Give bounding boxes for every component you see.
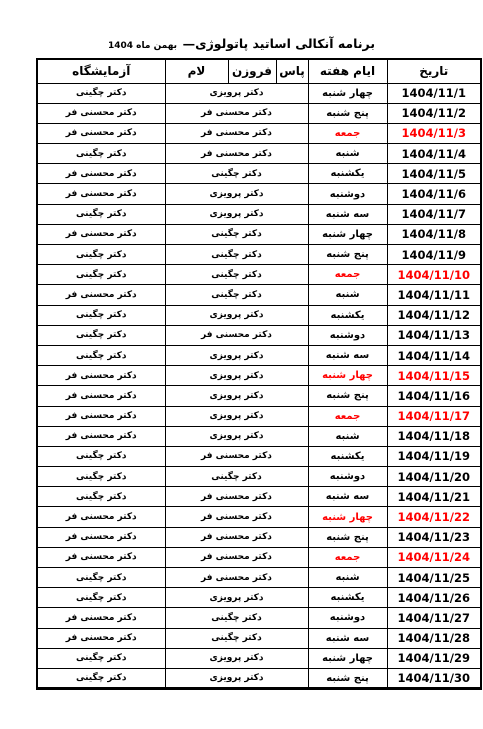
date-cell: 1404/11/19 bbox=[387, 446, 481, 466]
lab-doctor-cell: دکتر محسنی فر bbox=[37, 608, 165, 628]
column-header-slide: لام bbox=[165, 59, 228, 83]
lab-doctor-cell: دکتر چگینی bbox=[37, 668, 165, 688]
oncall-doctor-cell: دکتر پرویزی bbox=[165, 668, 308, 688]
table-row: 1404/11/18 شنبه دکتر پرویزی دکتر محسنی ف… bbox=[37, 426, 481, 446]
table-row: 1404/11/29 چهار شنبه دکتر پرویزی دکتر چگ… bbox=[37, 648, 481, 668]
table-row: 1404/11/21 سه شنبه دکتر محسنی فر دکتر چگ… bbox=[37, 487, 481, 507]
header-row: تاریخ ایام هفته پاس فروزن لام آزمایشگاه bbox=[37, 59, 481, 83]
weekday-cell: چهار شنبه bbox=[308, 366, 387, 386]
table-row: 1404/11/11 شنبه دکتر چگینی دکتر محسنی فر bbox=[37, 285, 481, 305]
oncall-doctor-cell: دکتر محسنی فر bbox=[165, 446, 308, 466]
table-row: 1404/11/3 جمعه دکتر محسنی فر دکتر محسنی … bbox=[37, 123, 481, 143]
oncall-doctor-cell: دکتر پرویزی bbox=[165, 204, 308, 224]
date-cell: 1404/11/10 bbox=[387, 265, 481, 285]
date-cell: 1404/11/20 bbox=[387, 467, 481, 487]
lab-doctor-cell: دکتر چگینی bbox=[37, 345, 165, 365]
page-title: برنامه آنکالی اساتید پاتولوژی— بهمن ماه … bbox=[0, 33, 483, 52]
date-cell: 1404/11/26 bbox=[387, 588, 481, 608]
lab-doctor-cell: دکتر محسنی فر bbox=[37, 547, 165, 567]
date-cell: 1404/11/12 bbox=[387, 305, 481, 325]
table-row: 1404/11/15 چهار شنبه دکتر پرویزی دکتر مح… bbox=[37, 366, 481, 386]
date-cell: 1404/11/8 bbox=[387, 224, 481, 244]
lab-doctor-cell: دکتر محسنی فر bbox=[37, 406, 165, 426]
weekday-cell: چهار شنبه bbox=[308, 507, 387, 527]
weekday-cell: جمعه bbox=[308, 406, 387, 426]
table-row: 1404/11/8 چهار شنبه دکتر چگینی دکتر محسن… bbox=[37, 224, 481, 244]
table-row: 1404/11/4 شنبه دکتر محسنی فر دکتر چگینی bbox=[37, 144, 481, 164]
lab-doctor-cell: دکتر چگینی bbox=[37, 325, 165, 345]
oncall-doctor-cell: دکتر محسنی فر bbox=[165, 487, 308, 507]
date-cell: 1404/11/27 bbox=[387, 608, 481, 628]
lab-doctor-cell: دکتر چگینی bbox=[37, 648, 165, 668]
date-cell: 1404/11/2 bbox=[387, 103, 481, 123]
column-header-date: تاریخ bbox=[387, 59, 481, 83]
date-cell: 1404/11/21 bbox=[387, 487, 481, 507]
date-cell: 1404/11/30 bbox=[387, 668, 481, 688]
table-row: 1404/11/27 دوشنبه دکتر چگینی دکتر محسنی … bbox=[37, 608, 481, 628]
oncall-doctor-cell: دکتر چگینی bbox=[165, 608, 308, 628]
weekday-cell: شنبه bbox=[308, 144, 387, 164]
weekday-cell: یکشنبه bbox=[308, 446, 387, 466]
weekday-cell: سه شنبه bbox=[308, 628, 387, 648]
column-header-pass: پاس bbox=[276, 59, 308, 83]
weekday-cell: چهار شنبه bbox=[308, 648, 387, 668]
date-cell: 1404/11/9 bbox=[387, 245, 481, 265]
table-row: 1404/11/13 دوشنبه دکتر محسنی فر دکتر چگی… bbox=[37, 325, 481, 345]
weekday-cell: یکشنبه bbox=[308, 164, 387, 184]
document-page: برنامه آنکالی اساتید پاتولوژی— بهمن ماه … bbox=[0, 0, 483, 729]
oncall-schedule-table: تاریخ ایام هفته پاس فروزن لام آزمایشگاه … bbox=[36, 58, 482, 690]
lab-doctor-cell: دکتر چگینی bbox=[37, 588, 165, 608]
table-row: 1404/11/24 جمعه دکتر محسنی فر دکتر محسنی… bbox=[37, 547, 481, 567]
page-title-month: بهمن ماه 1404 bbox=[108, 41, 177, 51]
oncall-doctor-cell: دکتر پرویزی bbox=[165, 366, 308, 386]
lab-doctor-cell: دکتر محسنی فر bbox=[37, 164, 165, 184]
weekday-cell: جمعه bbox=[308, 123, 387, 143]
table-row: 1404/11/17 جمعه دکتر پرویزی دکتر محسنی ف… bbox=[37, 406, 481, 426]
date-cell: 1404/11/14 bbox=[387, 345, 481, 365]
table-row: 1404/11/20 دوشنبه دکتر چگینی دکتر چگینی bbox=[37, 467, 481, 487]
lab-doctor-cell: دکتر چگینی bbox=[37, 245, 165, 265]
date-cell: 1404/11/13 bbox=[387, 325, 481, 345]
lab-doctor-cell: دکتر چگینی bbox=[37, 446, 165, 466]
date-cell: 1404/11/15 bbox=[387, 366, 481, 386]
weekday-cell: سه شنبه bbox=[308, 204, 387, 224]
lab-doctor-cell: دکتر محسنی فر bbox=[37, 386, 165, 406]
column-header-frozen: فروزن bbox=[228, 59, 276, 83]
weekday-cell: چهار شنبه bbox=[308, 83, 387, 103]
lab-doctor-cell: دکتر محسنی فر bbox=[37, 184, 165, 204]
date-cell: 1404/11/7 bbox=[387, 204, 481, 224]
weekday-cell: سه شنبه bbox=[308, 487, 387, 507]
oncall-doctor-cell: دکتر محسنی فر bbox=[165, 568, 308, 588]
column-header-weekday: ایام هفته bbox=[308, 59, 387, 83]
date-cell: 1404/11/24 bbox=[387, 547, 481, 567]
oncall-doctor-cell: دکتر پرویزی bbox=[165, 184, 308, 204]
page-title-main: برنامه آنکالی اساتید پاتولوژی— bbox=[183, 36, 375, 51]
lab-doctor-cell: دکتر چگینی bbox=[37, 305, 165, 325]
date-cell: 1404/11/25 bbox=[387, 568, 481, 588]
weekday-cell: دوشنبه bbox=[308, 467, 387, 487]
oncall-doctor-cell: دکتر چگینی bbox=[165, 224, 308, 244]
date-cell: 1404/11/17 bbox=[387, 406, 481, 426]
oncall-doctor-cell: دکتر پرویزی bbox=[165, 83, 308, 103]
lab-doctor-cell: دکتر محسنی فر bbox=[37, 123, 165, 143]
date-cell: 1404/11/4 bbox=[387, 144, 481, 164]
table-row: 1404/11/19 یکشنبه دکتر محسنی فر دکتر چگی… bbox=[37, 446, 481, 466]
table-row: 1404/11/10 جمعه دکتر چگینی دکتر چگینی bbox=[37, 265, 481, 285]
table-row: 1404/11/26 یکشنبه دکتر پرویزی دکتر چگینی bbox=[37, 588, 481, 608]
oncall-doctor-cell: دکتر محسنی فر bbox=[165, 123, 308, 143]
oncall-doctor-cell: دکتر پرویزی bbox=[165, 386, 308, 406]
oncall-doctor-cell: دکتر پرویزی bbox=[165, 406, 308, 426]
lab-doctor-cell: دکتر چگینی bbox=[37, 83, 165, 103]
oncall-doctor-cell: دکتر چگینی bbox=[165, 285, 308, 305]
weekday-cell: جمعه bbox=[308, 265, 387, 285]
table-row: 1404/11/5 یکشنبه دکتر چگینی دکتر محسنی ف… bbox=[37, 164, 481, 184]
oncall-doctor-cell: دکتر پرویزی bbox=[165, 588, 308, 608]
lab-doctor-cell: دکتر محسنی فر bbox=[37, 426, 165, 446]
table-row: 1404/11/30 پنج شنبه دکتر پرویزی دکتر چگی… bbox=[37, 668, 481, 688]
schedule-body: 1404/11/1 چهار شنبه دکتر پرویزی دکتر چگی… bbox=[37, 83, 481, 689]
oncall-doctor-cell: دکتر پرویزی bbox=[165, 426, 308, 446]
oncall-doctor-cell: دکتر چگینی bbox=[165, 628, 308, 648]
table-row: 1404/11/25 شنبه دکتر محسنی فر دکتر چگینی bbox=[37, 568, 481, 588]
oncall-doctor-cell: دکتر پرویزی bbox=[165, 305, 308, 325]
table-row: 1404/11/7 سه شنبه دکتر پرویزی دکتر چگینی bbox=[37, 204, 481, 224]
oncall-doctor-cell: دکتر محسنی فر bbox=[165, 103, 308, 123]
date-cell: 1404/11/22 bbox=[387, 507, 481, 527]
table-row: 1404/11/14 سه شنبه دکتر پرویزی دکتر چگین… bbox=[37, 345, 481, 365]
lab-doctor-cell: دکتر محسنی فر bbox=[37, 366, 165, 386]
oncall-doctor-cell: دکتر محسنی فر bbox=[165, 547, 308, 567]
table-row: 1404/11/1 چهار شنبه دکتر پرویزی دکتر چگی… bbox=[37, 83, 481, 103]
table-row: 1404/11/6 دوشنبه دکتر پرویزی دکتر محسنی … bbox=[37, 184, 481, 204]
column-header-lab: آزمایشگاه bbox=[37, 59, 165, 83]
weekday-cell: دوشنبه bbox=[308, 608, 387, 628]
weekday-cell: پنج شنبه bbox=[308, 103, 387, 123]
weekday-cell: پنج شنبه bbox=[308, 668, 387, 688]
weekday-cell: پنج شنبه bbox=[308, 527, 387, 547]
weekday-cell: یکشنبه bbox=[308, 588, 387, 608]
weekday-cell: یکشنبه bbox=[308, 305, 387, 325]
weekday-cell: شنبه bbox=[308, 285, 387, 305]
weekday-cell: چهار شنبه bbox=[308, 224, 387, 244]
date-cell: 1404/11/28 bbox=[387, 628, 481, 648]
weekday-cell: سه شنبه bbox=[308, 345, 387, 365]
date-cell: 1404/11/11 bbox=[387, 285, 481, 305]
date-cell: 1404/11/23 bbox=[387, 527, 481, 547]
oncall-doctor-cell: دکتر محسنی فر bbox=[165, 144, 308, 164]
oncall-doctor-cell: دکتر چگینی bbox=[165, 164, 308, 184]
date-cell: 1404/11/16 bbox=[387, 386, 481, 406]
table-row: 1404/11/23 پنج شنبه دکتر محسنی فر دکتر م… bbox=[37, 527, 481, 547]
table-row: 1404/11/12 یکشنبه دکتر پرویزی دکتر چگینی bbox=[37, 305, 481, 325]
date-cell: 1404/11/3 bbox=[387, 123, 481, 143]
lab-doctor-cell: دکتر چگینی bbox=[37, 204, 165, 224]
date-cell: 1404/11/29 bbox=[387, 648, 481, 668]
lab-doctor-cell: دکتر چگینی bbox=[37, 467, 165, 487]
table-row: 1404/11/22 چهار شنبه دکتر محسنی فر دکتر … bbox=[37, 507, 481, 527]
lab-doctor-cell: دکتر چگینی bbox=[37, 487, 165, 507]
lab-doctor-cell: دکتر چگینی bbox=[37, 265, 165, 285]
weekday-cell: پنج شنبه bbox=[308, 386, 387, 406]
table-row: 1404/11/2 پنج شنبه دکتر محسنی فر دکتر مح… bbox=[37, 103, 481, 123]
lab-doctor-cell: دکتر محسنی فر bbox=[37, 628, 165, 648]
lab-doctor-cell: دکتر چگینی bbox=[37, 144, 165, 164]
oncall-doctor-cell: دکتر پرویزی bbox=[165, 648, 308, 668]
table-row: 1404/11/9 پنج شنبه دکتر چگینی دکتر چگینی bbox=[37, 245, 481, 265]
lab-doctor-cell: دکتر چگینی bbox=[37, 568, 165, 588]
oncall-doctor-cell: دکتر چگینی bbox=[165, 265, 308, 285]
oncall-doctor-cell: دکتر محسنی فر bbox=[165, 507, 308, 527]
lab-doctor-cell: دکتر محسنی فر bbox=[37, 507, 165, 527]
weekday-cell: جمعه bbox=[308, 547, 387, 567]
oncall-doctor-cell: دکتر محسنی فر bbox=[165, 527, 308, 547]
weekday-cell: دوشنبه bbox=[308, 184, 387, 204]
date-cell: 1404/11/1 bbox=[387, 83, 481, 103]
oncall-doctor-cell: دکتر چگینی bbox=[165, 245, 308, 265]
lab-doctor-cell: دکتر محسنی فر bbox=[37, 103, 165, 123]
oncall-doctor-cell: دکتر چگینی bbox=[165, 467, 308, 487]
date-cell: 1404/11/5 bbox=[387, 164, 481, 184]
lab-doctor-cell: دکتر محسنی فر bbox=[37, 285, 165, 305]
table-row: 1404/11/16 پنج شنبه دکتر پرویزی دکتر محس… bbox=[37, 386, 481, 406]
weekday-cell: شنبه bbox=[308, 426, 387, 446]
weekday-cell: دوشنبه bbox=[308, 325, 387, 345]
table-row: 1404/11/28 سه شنبه دکتر چگینی دکتر محسنی… bbox=[37, 628, 481, 648]
oncall-doctor-cell: دکتر پرویزی bbox=[165, 345, 308, 365]
lab-doctor-cell: دکتر محسنی فر bbox=[37, 224, 165, 244]
weekday-cell: پنج شنبه bbox=[308, 245, 387, 265]
date-cell: 1404/11/18 bbox=[387, 426, 481, 446]
date-cell: 1404/11/6 bbox=[387, 184, 481, 204]
lab-doctor-cell: دکتر محسنی فر bbox=[37, 527, 165, 547]
weekday-cell: شنبه bbox=[308, 568, 387, 588]
oncall-doctor-cell: دکتر محسنی فر bbox=[165, 325, 308, 345]
